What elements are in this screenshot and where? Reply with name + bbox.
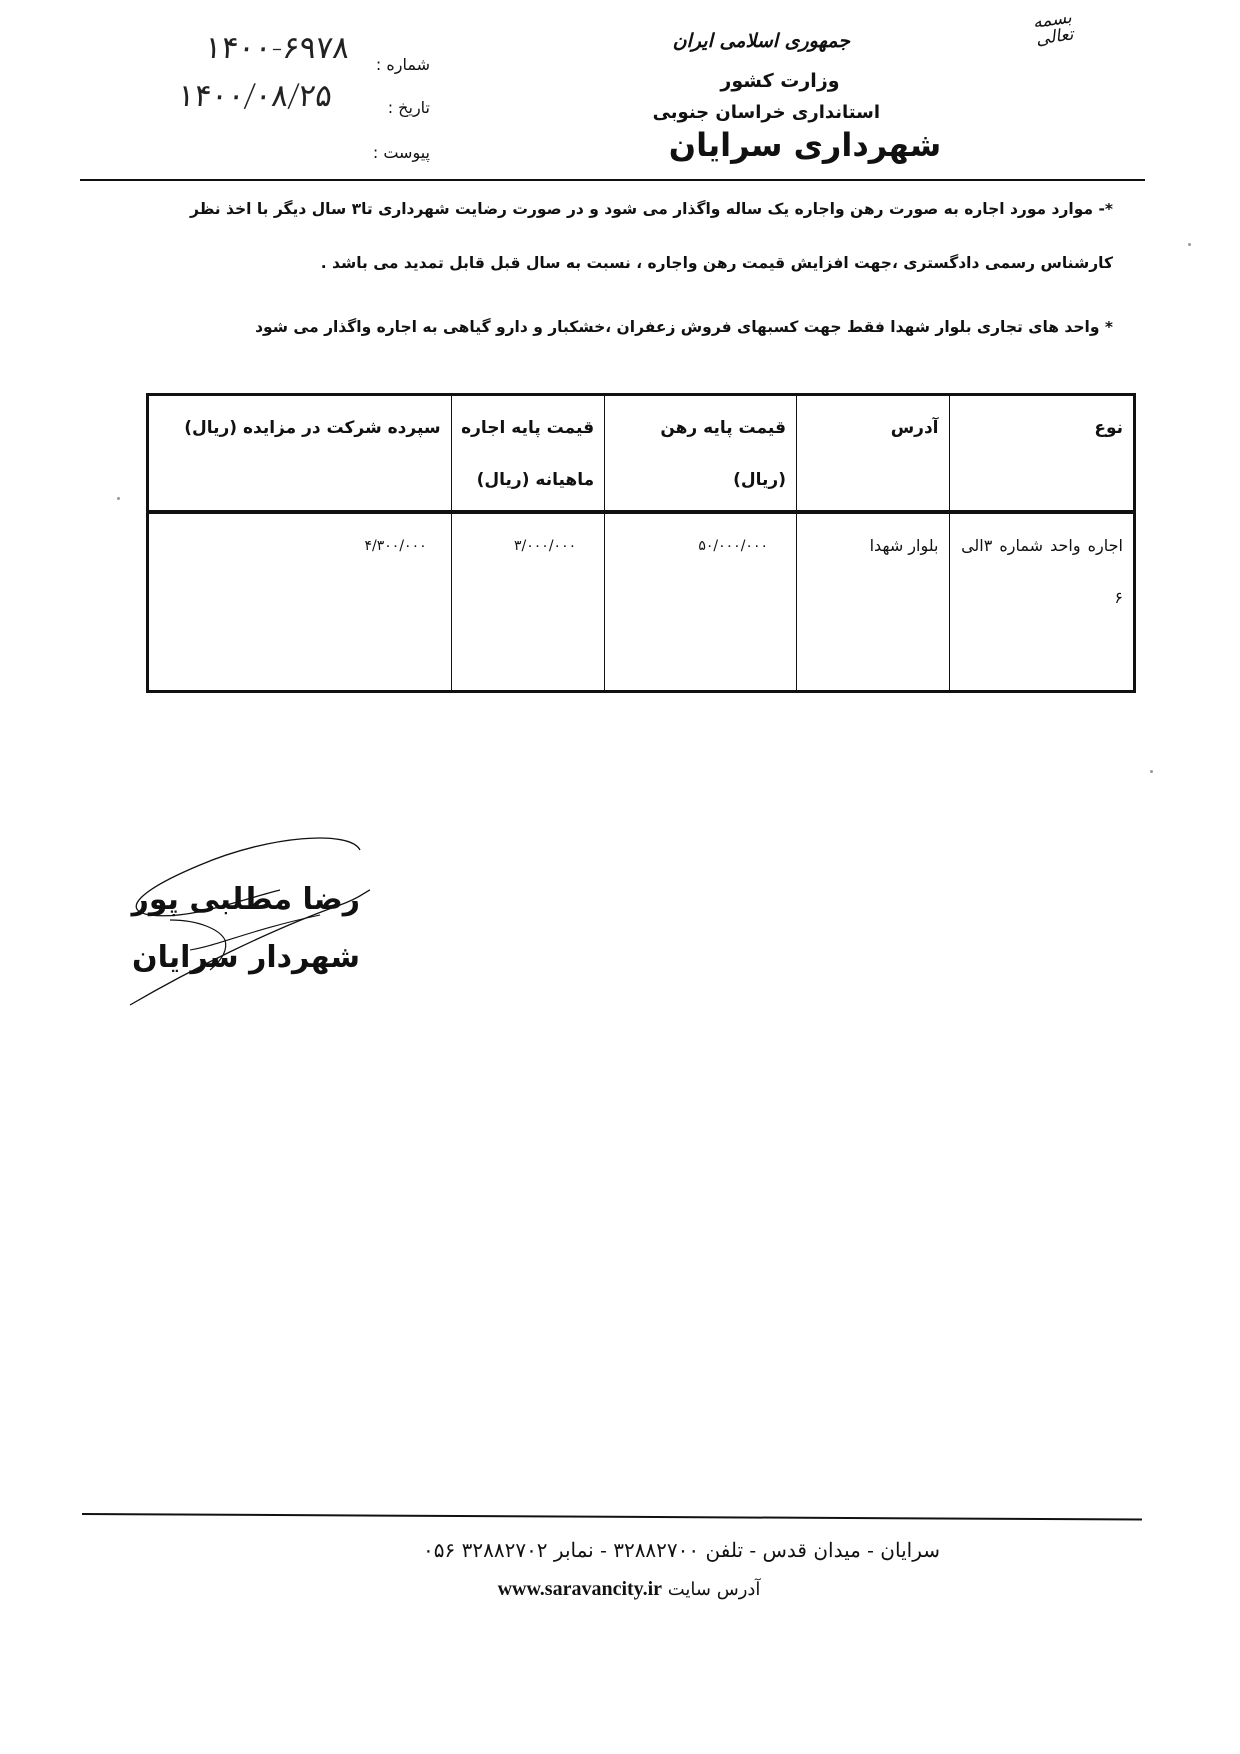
header-type: نوع xyxy=(949,396,1133,512)
footer-website-link[interactable]: www.saravancity.ir xyxy=(498,1578,662,1600)
signatory-name: رضا مطلبی پور xyxy=(130,882,360,917)
republic-title: جمهوری اسلامی ایران xyxy=(690,30,850,52)
footer-contact-line: سرایان - میدان قدس - تلفن ۳۲۸۸۲۷۰۰ - نما… xyxy=(300,1538,940,1562)
footer-divider xyxy=(82,1513,1142,1521)
ministry-title: وزارت کشور xyxy=(720,70,840,92)
usage-restriction-paragraph: * واحد های تجاری بلوار شهدا فقط جهت کسبه… xyxy=(213,318,1113,336)
letter-date-label: تاریخ : xyxy=(380,98,430,117)
attachment-label: پیوست : xyxy=(350,143,430,162)
letter-number-value: ۱۴۰۰-۶۹۷۸ xyxy=(203,30,351,66)
letter-number-label: شماره : xyxy=(380,55,430,74)
province-title: استانداری خراسان جنوبی xyxy=(680,102,880,123)
table-header-row: نوع آدرس قیمت پایه رهن (ریال) قیمت پایه … xyxy=(149,396,1133,512)
auction-table: نوع آدرس قیمت پایه رهن (ریال) قیمت پایه … xyxy=(146,393,1136,693)
header-base-monthly-rent: قیمت پایه اجاره ماهیانه (ریال) xyxy=(451,396,605,512)
scan-speck xyxy=(1188,243,1191,246)
header-auction-deposit: سپرده شرکت در مزایده (ریال) xyxy=(149,396,451,512)
letter-date-value: ۱۴۰۰/۰۸/۲۵ xyxy=(176,78,334,114)
scan-speck xyxy=(117,497,120,500)
header-divider xyxy=(80,179,1145,181)
cell-base-monthly-rent: ۳/۰۰۰/۰۰۰ xyxy=(451,512,605,690)
bismillah-logo: بسمه تعالی xyxy=(1021,8,1088,71)
signature-block: رضا مطلبی پور شهردار سرایان xyxy=(110,820,390,1010)
scan-speck xyxy=(1150,770,1153,773)
municipality-title: شهرداری سرایان xyxy=(585,126,1025,164)
cell-address: بلوار شهدا xyxy=(796,512,949,690)
header-address: آدرس xyxy=(796,396,949,512)
lease-terms-paragraph-line-2: کارشناس رسمی دادگستری ،جهت افزایش قیمت ر… xyxy=(213,254,1113,272)
signatory-title: شهردار سرایان xyxy=(150,940,360,975)
cell-base-mortgage: ۵۰/۰۰۰/۰۰۰ xyxy=(605,512,797,690)
lease-terms-paragraph-line-1: *- موارد مورد اجاره به صورت رهن واجاره ی… xyxy=(173,200,1113,218)
table-row: اجاره واحد شماره ۳الی ۶ بلوار شهدا ۵۰/۰۰… xyxy=(149,512,1133,690)
header-base-mortgage: قیمت پایه رهن (ریال) xyxy=(605,396,797,512)
cell-auction-deposit: ۴/۳۰۰/۰۰۰ xyxy=(149,512,451,690)
footer-site-label: آدرس سایت xyxy=(668,1579,761,1600)
cell-type: اجاره واحد شماره ۳الی ۶ xyxy=(949,512,1133,690)
footer-website-line: آدرس سایت www.saravancity.ir xyxy=(430,1578,810,1601)
